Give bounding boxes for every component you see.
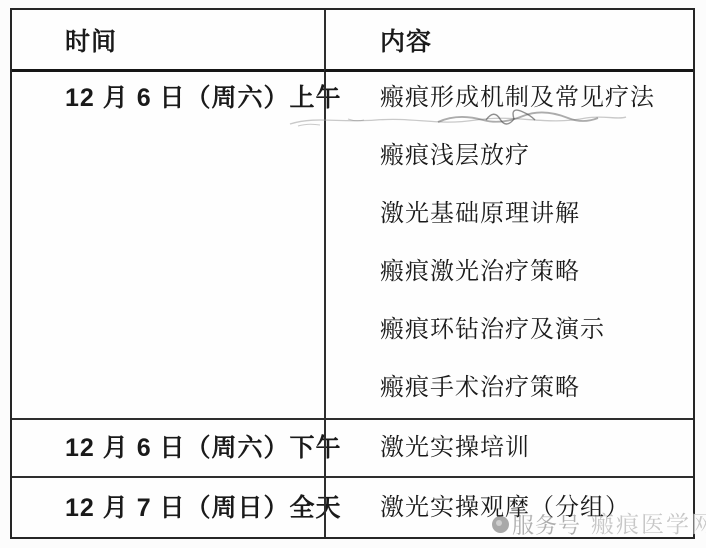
table-header-row: 时间 内容	[12, 10, 693, 72]
time-value: 12 月 6 日（周六）下午	[65, 433, 342, 463]
header-cell-content: 内容	[324, 10, 693, 72]
content-item: 激光实操培训	[380, 433, 530, 463]
content-item: 激光实操观摩（分组）	[380, 493, 630, 523]
content-cell: 瘢痕形成机制及常见疗法 瘢痕浅层放疗 激光基础原理讲解 瘢痕激光治疗策略 瘢痕环…	[324, 72, 693, 420]
table-row: 12 月 6 日（周六）上午 瘢痕形成机制及常见疗法 瘢痕浅层放疗 激光基础原理…	[12, 72, 693, 420]
content-list: 瘢痕形成机制及常见疗法 瘢痕浅层放疗 激光基础原理讲解 瘢痕激光治疗策略 瘢痕环…	[380, 83, 693, 403]
content-cell: 激光实操观摩（分组）	[324, 478, 693, 537]
content-item: 激光基础原理讲解	[380, 199, 693, 229]
header-cell-time: 时间	[12, 10, 324, 72]
column-header-time: 时间	[65, 22, 117, 58]
column-header-content: 内容	[380, 22, 432, 58]
schedule-table: 时间 内容 12 月 6 日（周六）上午 瘢痕形成机制及常见疗法 瘢痕浅层放疗 …	[10, 8, 695, 539]
time-value: 12 月 6 日（周六）上午	[65, 83, 324, 113]
table-row: 12 月 7 日（周日）全天 激光实操观摩（分组）	[12, 478, 693, 537]
scanned-schedule-page: 时间 内容 12 月 6 日（周六）上午 瘢痕形成机制及常见疗法 瘢痕浅层放疗 …	[0, 0, 706, 548]
content-item: 瘢痕激光治疗策略	[380, 257, 693, 287]
content-item: 瘢痕手术治疗策略	[380, 373, 693, 403]
time-cell: 12 月 7 日（周日）全天	[12, 478, 324, 537]
content-cell: 激光实操培训	[324, 420, 693, 478]
content-item: 瘢痕环钻治疗及演示	[380, 315, 693, 345]
content-item: 瘢痕浅层放疗	[380, 141, 693, 171]
table-row: 12 月 6 日（周六）下午 激光实操培训	[12, 420, 693, 478]
time-cell: 12 月 6 日（周六）上午	[12, 72, 324, 420]
content-item: 瘢痕形成机制及常见疗法	[380, 83, 693, 113]
time-value: 12 月 7 日（周日）全天	[65, 493, 342, 523]
time-cell: 12 月 6 日（周六）下午	[12, 420, 324, 478]
